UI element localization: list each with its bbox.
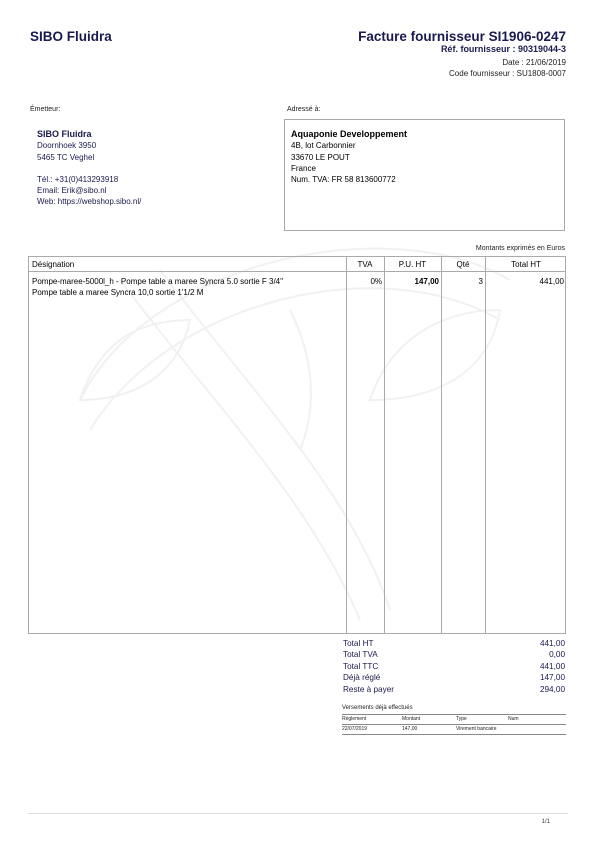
payments-header-row: Règlement Montant Type Num bbox=[342, 715, 566, 725]
payments-col-amount: Montant bbox=[402, 715, 456, 724]
currency-note: Montants exprimés en Euros bbox=[476, 245, 565, 252]
footer-divider bbox=[28, 813, 568, 814]
total-ht-value: 441,00 bbox=[540, 638, 565, 649]
row-unit-price: 147,00 bbox=[384, 277, 439, 288]
emitter-label: Émetteur: bbox=[30, 106, 60, 113]
page-number: 1/1 bbox=[542, 819, 550, 825]
recipient-address-block: Aquaponie Developpement 4B, lot Carbonni… bbox=[291, 129, 407, 185]
remaining-row: Reste à payer294,00 bbox=[343, 684, 565, 695]
recipient-vat: Num. TVA: FR 58 813600772 bbox=[291, 174, 407, 185]
column-divider bbox=[485, 257, 486, 633]
row-tva: 0% bbox=[346, 277, 382, 288]
total-tva-value: 0,00 bbox=[549, 649, 565, 660]
recipient-name: Aquaponie Developpement bbox=[291, 129, 407, 140]
already-paid-label: Déjà réglé bbox=[343, 672, 380, 683]
remaining-value: 294,00 bbox=[540, 684, 565, 695]
column-header-designation: Désignation bbox=[32, 260, 74, 269]
payments-block: Versements déjà effectués Règlement Mont… bbox=[342, 705, 566, 735]
payment-amount: 147,00 bbox=[402, 725, 456, 734]
designation-line2: Pompe table a maree Syncra 10,0 sortie 1… bbox=[32, 288, 342, 299]
invoice-date: Date : 21/06/2019 bbox=[502, 58, 566, 67]
payments-col-settlement: Règlement bbox=[342, 715, 402, 724]
sender-name: SIBO Fluidra bbox=[37, 129, 141, 140]
column-header-tva: TVA bbox=[346, 260, 384, 269]
sender-phone: Tél.: +31(0)413293918 bbox=[37, 174, 141, 185]
recipient-country: France bbox=[291, 163, 407, 174]
total-ht-label: Total HT bbox=[343, 638, 373, 649]
sender-email: Email: Erik@sibo.nl bbox=[37, 185, 141, 196]
column-header-total-ht: Total HT bbox=[485, 260, 567, 269]
column-divider bbox=[441, 257, 442, 633]
already-paid-row: Déjà réglé147,00 bbox=[343, 672, 565, 683]
sender-web: Web: https://webshop.sibo.nl/ bbox=[37, 196, 141, 207]
payment-row: 22/07/2019 147,00 Virement bancaire bbox=[342, 725, 566, 734]
total-ttc-row: Total TTC441,00 bbox=[343, 661, 565, 672]
column-header-pu-ht: P.U. HT bbox=[384, 260, 441, 269]
already-paid-value: 147,00 bbox=[540, 672, 565, 683]
sender-address-block: SIBO Fluidra Doornhoek 3950 5465 TC Vegh… bbox=[37, 129, 141, 208]
total-ttc-value: 441,00 bbox=[540, 661, 565, 672]
company-name: SIBO Fluidra bbox=[30, 29, 112, 44]
column-divider bbox=[346, 257, 347, 633]
payment-type: Virement bancaire bbox=[456, 725, 508, 734]
total-tva-row: Total TVA0,00 bbox=[343, 649, 565, 660]
totals-block: Total HT441,00 Total TVA0,00 Total TTC44… bbox=[343, 638, 565, 695]
payments-table: Règlement Montant Type Num 22/07/2019 14… bbox=[342, 714, 566, 735]
row-quantity: 3 bbox=[441, 277, 483, 288]
invoice-title: Facture fournisseur SI1906-0247 bbox=[358, 29, 566, 44]
table-row: Pompe-maree-5000l_h - Pompe table a mare… bbox=[32, 277, 342, 298]
addressee-label: Adressé à: bbox=[287, 106, 320, 113]
recipient-address-line1: 4B, lot Carbonnier bbox=[291, 140, 407, 151]
total-ttc-label: Total TTC bbox=[343, 661, 378, 672]
payment-date: 22/07/2019 bbox=[342, 725, 402, 734]
supplier-reference: Réf. fournisseur : 90319044-3 bbox=[441, 44, 566, 54]
payments-title: Versements déjà effectués bbox=[342, 705, 566, 711]
payment-num bbox=[508, 725, 558, 734]
designation-line1: Pompe-maree-5000l_h - Pompe table a mare… bbox=[32, 277, 342, 288]
supplier-code: Code fournisseur : SU1808-0007 bbox=[449, 69, 566, 78]
row-total-ht: 441,00 bbox=[485, 277, 564, 288]
remaining-label: Reste à payer bbox=[343, 684, 394, 695]
total-ht-row: Total HT441,00 bbox=[343, 638, 565, 649]
payments-col-type: Type bbox=[456, 715, 508, 724]
payments-col-num: Num bbox=[508, 715, 558, 724]
invoice-lines-table: Désignation TVA P.U. HT Qté Total HT Pom… bbox=[28, 256, 566, 634]
recipient-address-line2: 33670 LE POUT bbox=[291, 152, 407, 163]
sender-address-line2: 5465 TC Veghel bbox=[37, 152, 141, 163]
total-tva-label: Total TVA bbox=[343, 649, 378, 660]
column-header-qty: Qté bbox=[441, 260, 485, 269]
sender-address-line1: Doornhoek 3950 bbox=[37, 140, 141, 151]
column-divider bbox=[384, 257, 385, 633]
